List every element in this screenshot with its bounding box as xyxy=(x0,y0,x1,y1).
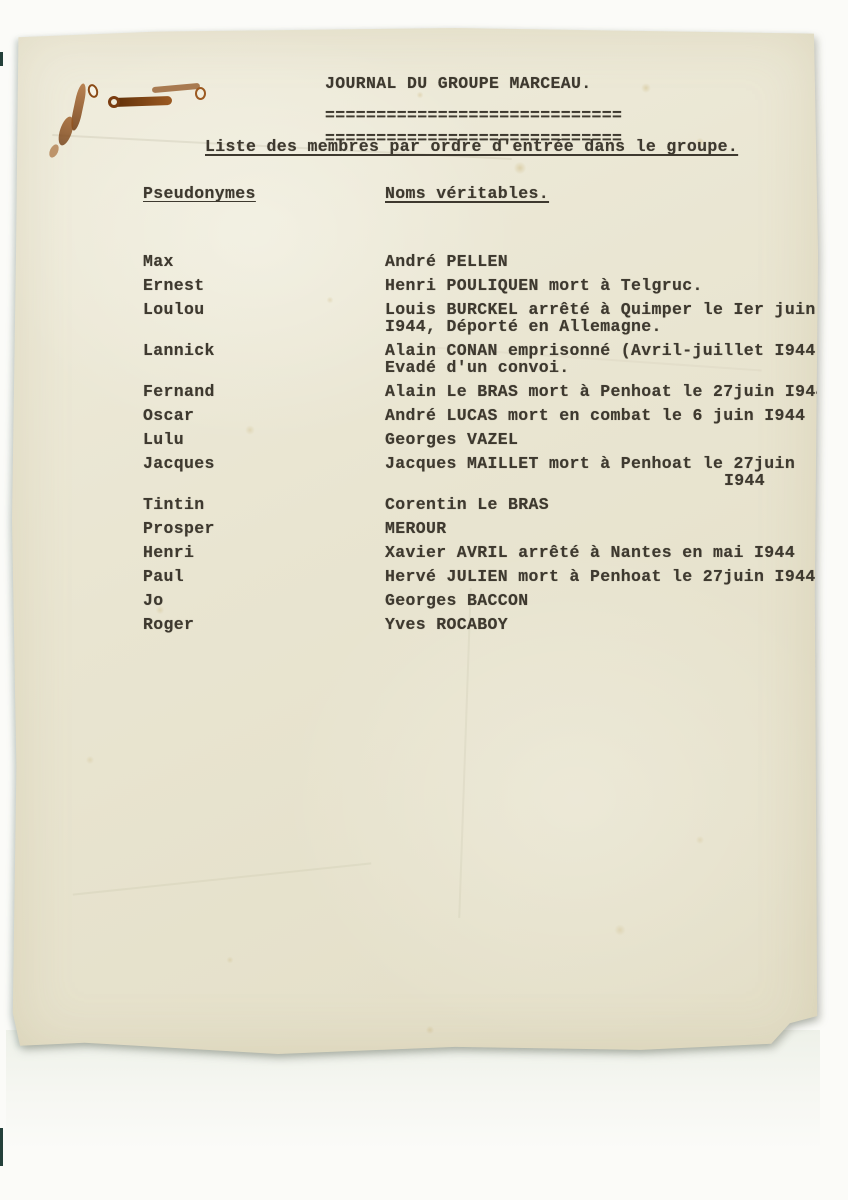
member-pseudonym: Paul xyxy=(143,568,385,585)
member-row: ProsperMEROUR xyxy=(12,520,818,537)
member-pseudonym: Ernest xyxy=(143,277,385,294)
column-headers: Pseudonymes Noms véritables. xyxy=(12,184,818,203)
rust-stain xyxy=(56,115,77,147)
member-real-name: Corentin Le BRAS xyxy=(385,496,818,513)
member-real-name: André PELLEN xyxy=(385,253,818,270)
scanned-page: JOURNAL DU GROUPE MARCEAU. =============… xyxy=(12,28,818,1054)
real-name-line: Hervé JULIEN mort à Penhoat le 27juin I9… xyxy=(385,568,818,585)
rust-stain xyxy=(112,96,172,107)
member-real-name: Yves ROCABOY xyxy=(385,616,818,633)
real-name-line: Jacques MAILLET mort à Penhoat le 27juin xyxy=(385,455,818,472)
member-row: LoulouLouis BURCKEL arrêté à Quimper le … xyxy=(12,301,818,335)
member-pseudonym: Lannick xyxy=(143,342,385,376)
member-real-name: Henri POULIQUEN mort à Telgruc. xyxy=(385,277,818,294)
member-row: FernandAlain Le BRAS mort à Penhoat le 2… xyxy=(12,383,818,400)
member-row: JacquesJacques MAILLET mort à Penhoat le… xyxy=(12,455,818,489)
member-pseudonym: Prosper xyxy=(143,520,385,537)
column-header-pseudonyms: Pseudonymes xyxy=(143,184,385,203)
document-subtitle: Liste des membres par ordre d'entrée dan… xyxy=(205,138,738,155)
member-real-name: Louis BURCKEL arrêté à Quimper le Ier ju… xyxy=(385,301,818,335)
scan-edge-artifact xyxy=(0,52,3,66)
member-pseudonym: Jacques xyxy=(143,455,385,489)
member-row: RogerYves ROCABOY xyxy=(12,616,818,633)
title-rule-line: ============================= xyxy=(325,112,622,120)
member-row: OscarAndré LUCAS mort en combat le 6 jui… xyxy=(12,407,818,424)
rust-ring xyxy=(195,87,206,100)
real-name-line: Alain CONAN emprisonné (Avril-juillet I9… xyxy=(385,342,818,359)
member-row: PaulHervé JULIEN mort à Penhoat le 27jui… xyxy=(12,568,818,585)
real-name-line: Louis BURCKEL arrêté à Quimper le Ier ju… xyxy=(385,301,818,318)
member-row: MaxAndré PELLEN xyxy=(12,253,818,270)
member-real-name: Jacques MAILLET mort à Penhoat le 27juin… xyxy=(385,455,818,489)
members-list: MaxAndré PELLENErnestHenri POULIQUEN mor… xyxy=(12,253,818,640)
member-real-name: André LUCAS mort en combat le 6 juin I94… xyxy=(385,407,818,424)
rust-stain xyxy=(47,143,60,159)
member-real-name: Alain CONAN emprisonné (Avril-juillet I9… xyxy=(385,342,818,376)
member-pseudonym: Loulou xyxy=(143,301,385,335)
document-title: JOURNAL DU GROUPE MARCEAU. xyxy=(325,75,592,92)
document-paper: JOURNAL DU GROUPE MARCEAU. =============… xyxy=(12,28,818,1054)
member-pseudonym: Fernand xyxy=(143,383,385,400)
member-pseudonym: Henri xyxy=(143,544,385,561)
member-row: LannickAlain CONAN emprisonné (Avril-jui… xyxy=(12,342,818,376)
member-real-name: Georges BACCON xyxy=(385,592,818,609)
member-real-name: Alain Le BRAS mort à Penhoat le 27juin I… xyxy=(385,383,826,400)
paper-crease xyxy=(73,862,372,895)
member-row: LuluGeorges VAZEL xyxy=(12,431,818,448)
member-pseudonym: Tintin xyxy=(143,496,385,513)
member-pseudonym: Lulu xyxy=(143,431,385,448)
member-real-name: MEROUR xyxy=(385,520,818,537)
member-pseudonym: Roger xyxy=(143,616,385,633)
real-name-line: André PELLEN xyxy=(385,253,818,270)
rust-stain xyxy=(69,83,88,132)
scan-edge-artifact xyxy=(0,1128,3,1166)
rust-ring xyxy=(108,96,120,108)
real-name-line: André LUCAS mort en combat le 6 juin I94… xyxy=(385,407,818,424)
real-name-line: Xavier AVRIL arrêté à Nantes en mai I944 xyxy=(385,544,818,561)
member-real-name: Xavier AVRIL arrêté à Nantes en mai I944 xyxy=(385,544,818,561)
member-pseudonym: Jo xyxy=(143,592,385,609)
real-name-line: MEROUR xyxy=(385,520,818,537)
member-row: TintinCorentin Le BRAS xyxy=(12,496,818,513)
member-real-name: Hervé JULIEN mort à Penhoat le 27juin I9… xyxy=(385,568,818,585)
real-name-line: Georges VAZEL xyxy=(385,431,818,448)
real-name-line: Yves ROCABOY xyxy=(385,616,818,633)
real-name-line: Evadé d'un convoi. xyxy=(385,359,818,376)
real-name-line: I944, Déporté en Allemagne. xyxy=(385,318,818,335)
real-name-line: Georges BACCON xyxy=(385,592,818,609)
member-row: JoGeorges BACCON xyxy=(12,592,818,609)
member-row: HenriXavier AVRIL arrêté à Nantes en mai… xyxy=(12,544,818,561)
member-row: ErnestHenri POULIQUEN mort à Telgruc. xyxy=(12,277,818,294)
rust-stain xyxy=(152,83,200,93)
real-name-line: Alain Le BRAS mort à Penhoat le 27juin I… xyxy=(385,383,826,400)
real-name-line: Henri POULIQUEN mort à Telgruc. xyxy=(385,277,818,294)
member-pseudonym: Oscar xyxy=(143,407,385,424)
staple-hole xyxy=(86,83,100,99)
real-name-line: I944 xyxy=(385,472,818,489)
member-real-name: Georges VAZEL xyxy=(385,431,818,448)
column-header-real-names: Noms véritables. xyxy=(385,184,549,203)
real-name-line: Corentin Le BRAS xyxy=(385,496,818,513)
member-pseudonym: Max xyxy=(143,253,385,270)
